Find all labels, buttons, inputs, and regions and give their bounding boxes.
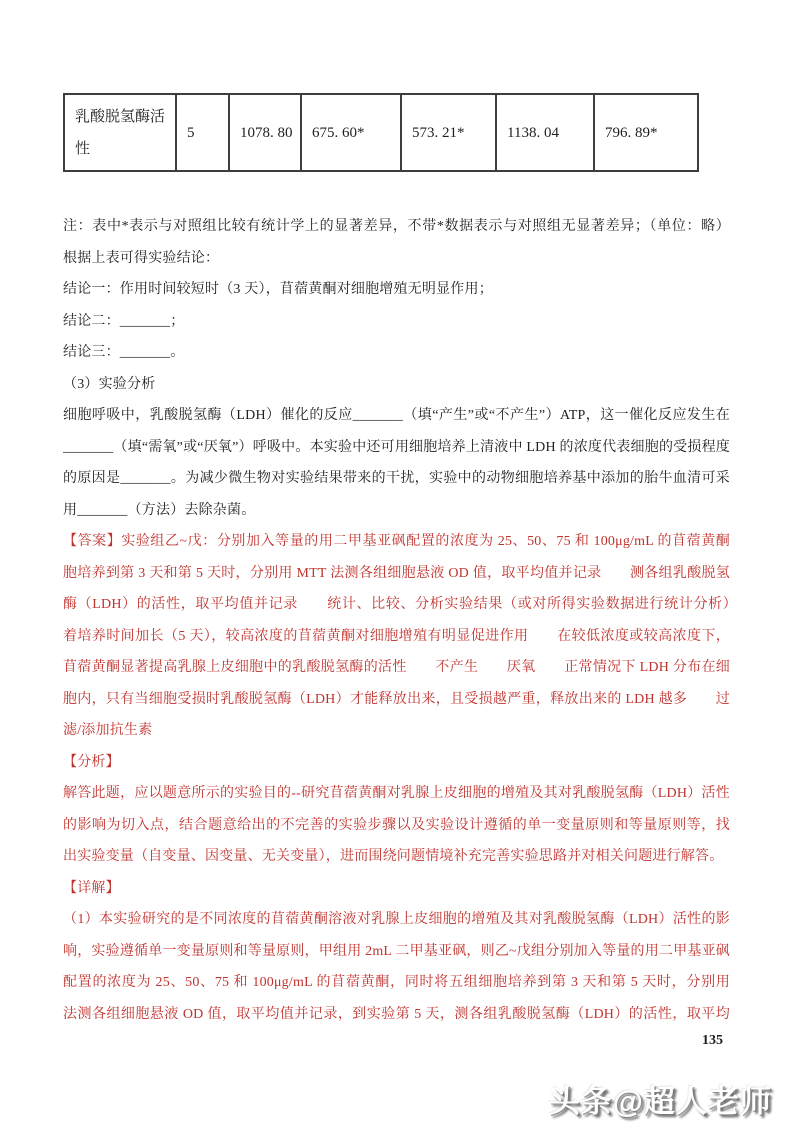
text-line: 法测各组细胞悬液 OD 值，取平均值并记录，到实验第 5 天，测各组乳酸脱氢酶（… bbox=[63, 999, 730, 1031]
text-line: 注：表中*表示与对照组比较有统计学上的显著差异，不带*数据表示与对照组无显著差异… bbox=[63, 211, 730, 243]
text-line: 滤/添加抗生素 bbox=[63, 715, 730, 747]
text-line: 配置的浓度为 25、50、75 和 100μg/mL 的苜蓿黄酮，同时将五组细胞… bbox=[63, 967, 730, 999]
text-line: 解答此题，应以题意所示的实验目的--研究苜蓿黄酮对乳腺上皮细胞的增殖及其对乳酸脱… bbox=[63, 778, 730, 810]
table-row: 乳酸脱氢酶活性 5 1078. 80 675. 60* 573. 21* 113… bbox=[64, 94, 698, 171]
table-cell: 5 bbox=[176, 94, 229, 171]
table-cell: 796. 89* bbox=[594, 94, 698, 171]
text-line: （3）实验分析 bbox=[63, 369, 730, 401]
document-body: 注：表中*表示与对照组比较有统计学上的显著差异，不带*数据表示与对照组无显著差异… bbox=[63, 211, 730, 1030]
results-table: 乳酸脱氢酶活性 5 1078. 80 675. 60* 573. 21* 113… bbox=[63, 93, 699, 172]
table-cell: 675. 60* bbox=[301, 94, 401, 171]
text-line: _______（填“需氧”或“厌氧”）呼吸中。本实验中还可用细胞培养上清液中 L… bbox=[63, 432, 730, 464]
text-line: 【答案】实验组乙~戊：分别加入等量的用二甲基亚砜配置的浓度为 25、50、75 … bbox=[63, 526, 730, 558]
table-cell: 573. 21* bbox=[401, 94, 496, 171]
text-line: 苜蓿黄酮显著提高乳腺上皮细胞中的乳酸脱氢酶的活性 不产生 厌氧 正常情况下 LD… bbox=[63, 652, 730, 684]
text-line: 【详解】 bbox=[63, 873, 730, 905]
text-line: 胞内，只有当细胞受损时乳酸脱氢酶（LDH）才能释放出来，且受损越严重，释放出来的… bbox=[63, 684, 730, 716]
text-line: 【分析】 bbox=[63, 747, 730, 779]
text-line: 着培养时间加长（5 天），较高浓度的苜蓿黄酮对细胞增殖有明显促进作用 在较低浓度… bbox=[63, 621, 730, 653]
watermark: 头条@超人老师 bbox=[549, 1076, 772, 1121]
text-line: 的原因是_______。为减少微生物对实验结果带来的干扰，实验中的动物细胞培养基… bbox=[63, 463, 730, 495]
text-line: 用_______（方法）去除杂菌。 bbox=[63, 495, 730, 527]
text-line: （1）本实验研究的是不同浓度的苜蓿黄酮溶液对乳腺上皮细胞的增殖及其对乳酸脱氢酶（… bbox=[63, 904, 730, 936]
text-line: 根据上表可得实验结论： bbox=[63, 243, 730, 275]
text-line: 酶（LDH）的活性，取平均值并记录 统计、比较、分析实验结果（或对所得实验数据进… bbox=[63, 589, 730, 621]
table-cell: 1078. 80 bbox=[229, 94, 301, 171]
text-line: 细胞呼吸中，乳酸脱氢酶（LDH）催化的反应_______（填“产生”或“不产生”… bbox=[63, 400, 730, 432]
text-line: 结论二：_______； bbox=[63, 306, 730, 338]
text-line: 结论一：作用时间较短时（3 天），苜蓿黄酮对细胞增殖无明显作用； bbox=[63, 274, 730, 306]
text-line: 出实验变量（自变量、因变量、无关变量），进而围绕问题情境补充完善实验思路并对相关… bbox=[63, 841, 730, 873]
text-line: 结论三：_______。 bbox=[63, 337, 730, 369]
row-header-cell: 乳酸脱氢酶活性 bbox=[64, 94, 176, 171]
page-number: 135 bbox=[63, 1033, 723, 1049]
text-line: 胞培养到第 3 天和第 5 天时，分别用 MTT 法测各组细胞悬液 OD 值，取… bbox=[63, 558, 730, 590]
text-line: 的影响为切入点，结合题意给出的不完善的实验步骤以及实验设计遵循的单一变量原则和等… bbox=[63, 810, 730, 842]
table-cell: 1138. 04 bbox=[496, 94, 594, 171]
document-page: 乳酸脱氢酶活性 5 1078. 80 675. 60* 573. 21* 113… bbox=[0, 0, 794, 1123]
text-line: 响，实验遵循单一变量原则和等量原则，甲组用 2mL 二甲基亚砜，则乙~戊组分别加… bbox=[63, 936, 730, 968]
